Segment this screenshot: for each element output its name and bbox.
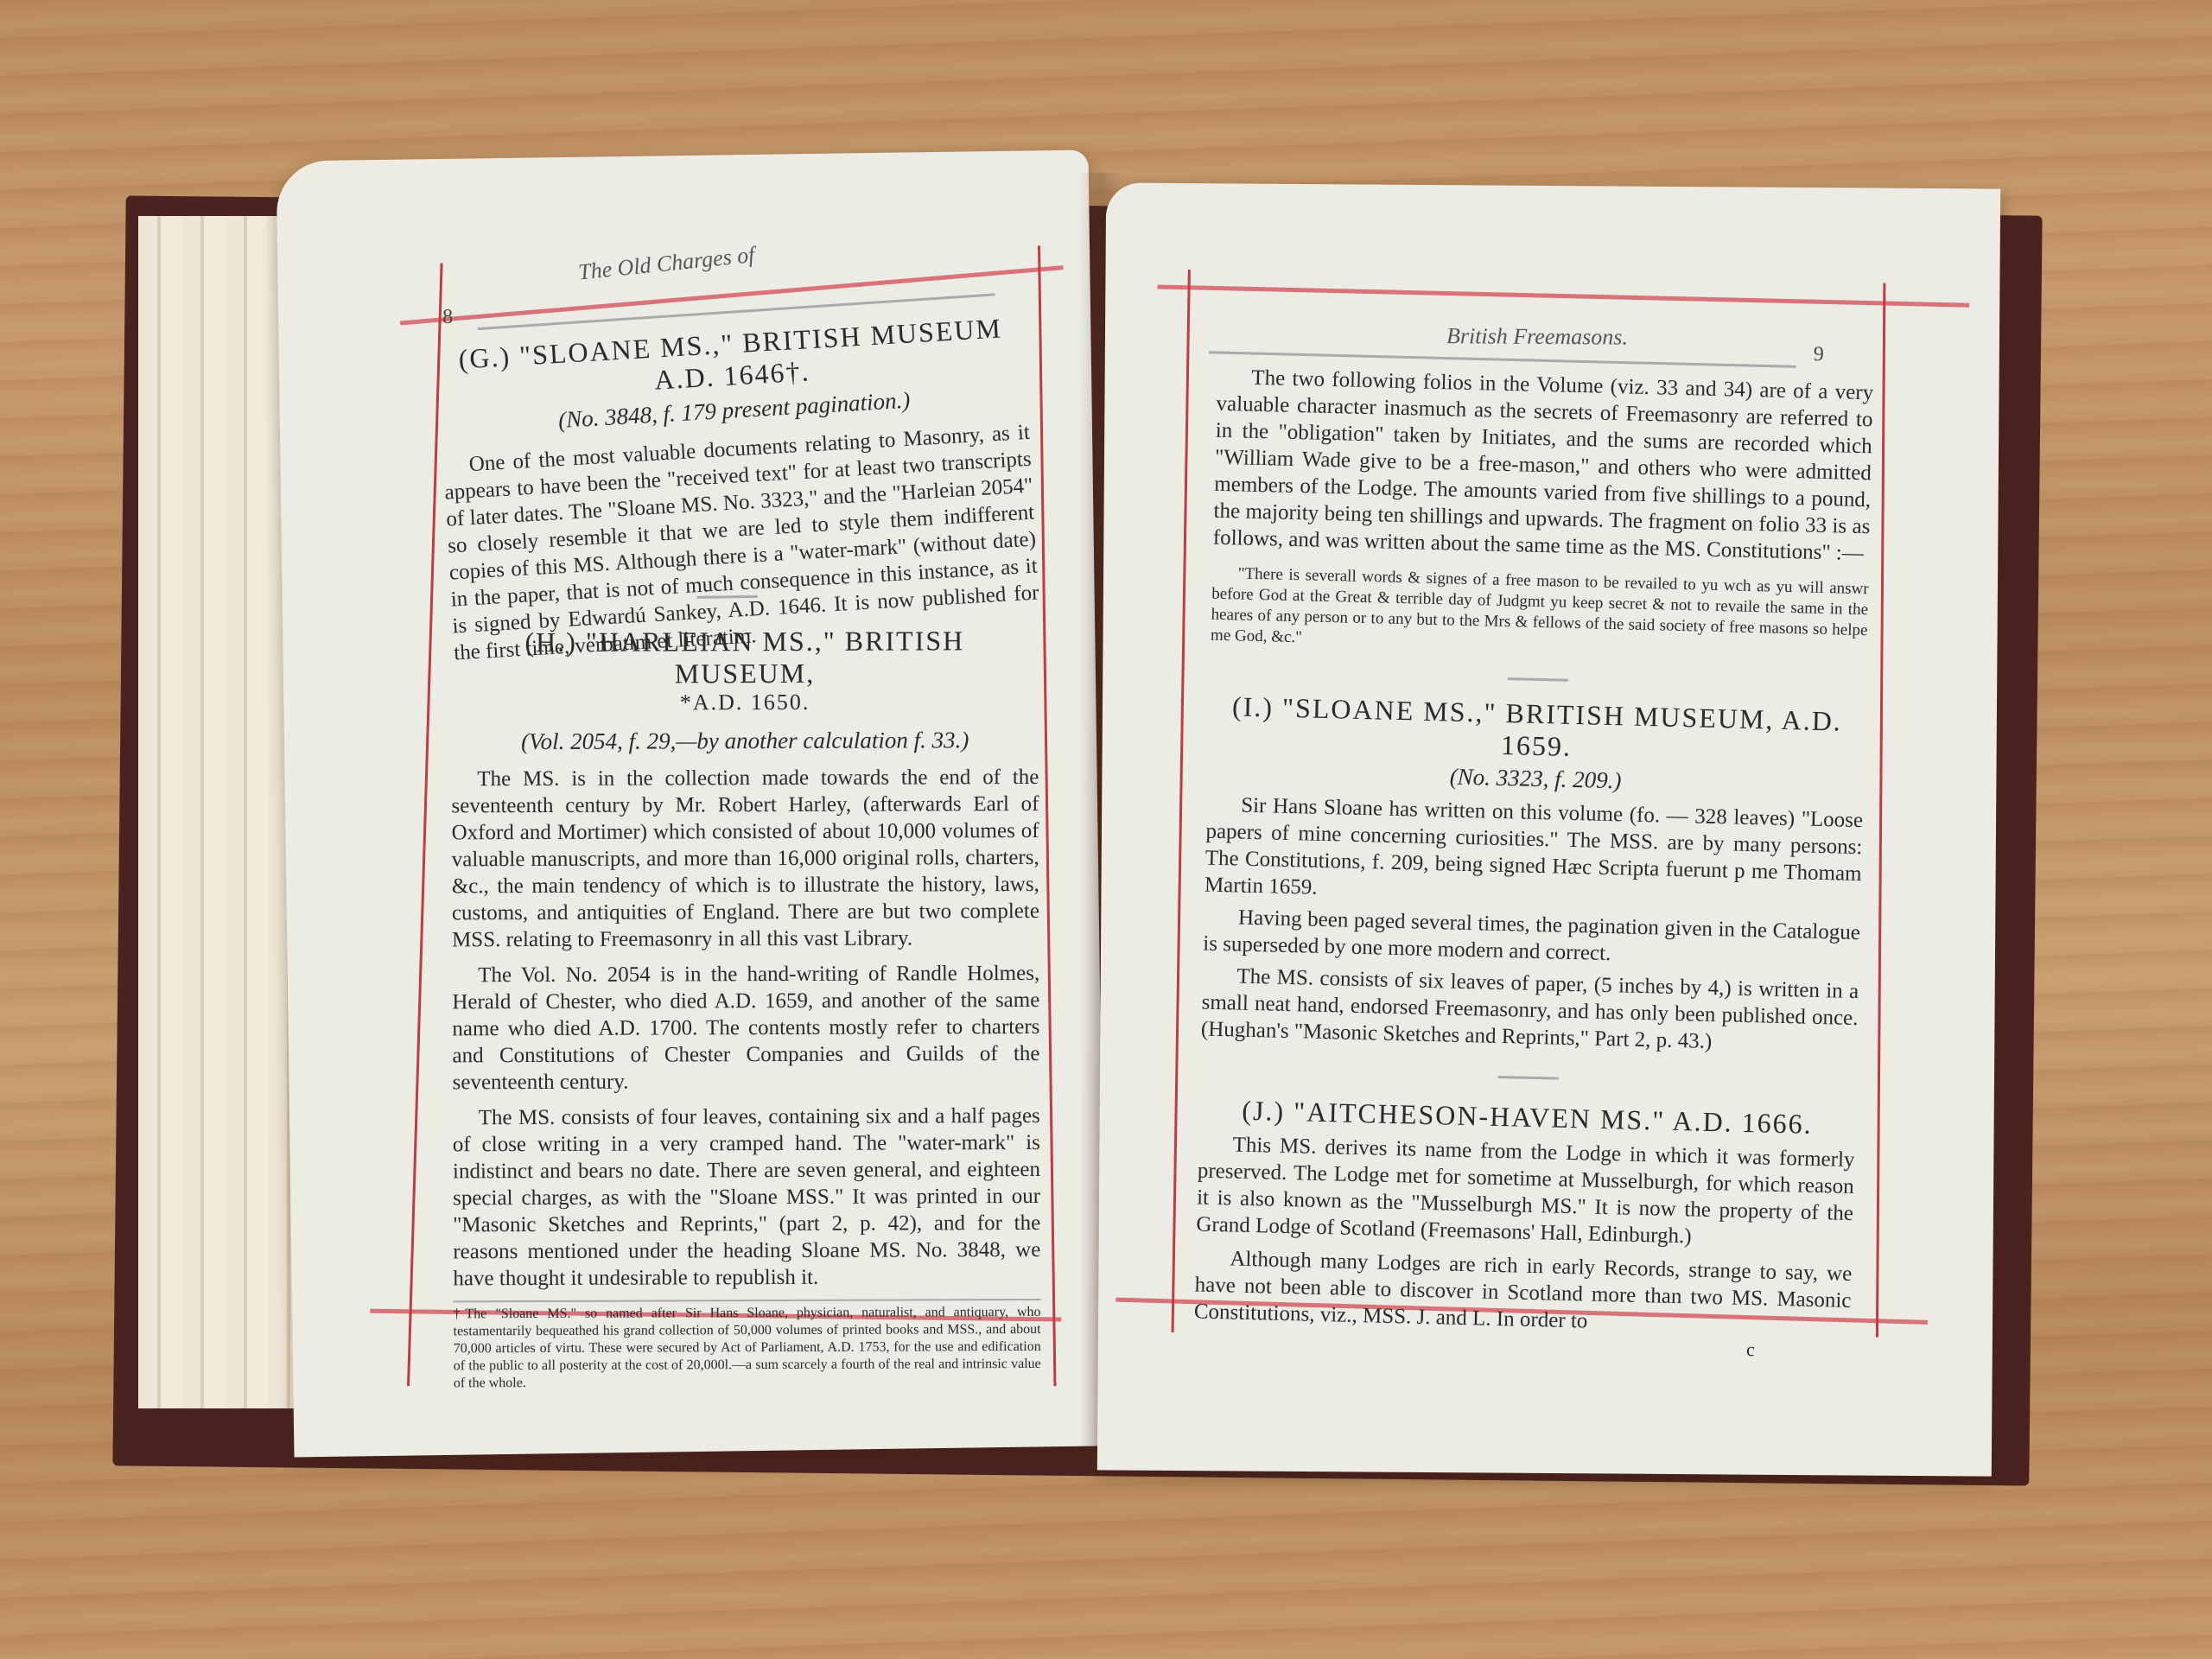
red-rule-left	[407, 264, 443, 1387]
paragraph: Having been paged several times, the pag…	[1203, 904, 1860, 974]
section-divider	[1498, 1076, 1559, 1080]
right-page: British Freemasons. 9 The two following …	[1097, 182, 2000, 1476]
section-h: (H.) "HARLEIAN MS.," BRITISH MUSEUM, *A.…	[451, 625, 1041, 1392]
page-number: 8	[442, 306, 453, 329]
red-rule-right	[1876, 283, 1886, 1338]
section-g: (G.) "SLOANE MS.," BRITISH MUSEUM A.D. 1…	[436, 311, 1041, 667]
red-rule-top	[1157, 284, 1969, 307]
page-number: 9	[1814, 343, 1824, 366]
section-divider	[1508, 677, 1568, 682]
right-content: The two following folios in the Volume (…	[1193, 364, 1874, 1363]
red-rule-right	[1038, 245, 1056, 1386]
paragraph: The two following folios in the Volume (…	[1212, 364, 1873, 568]
signature-mark: c	[1746, 1338, 1851, 1363]
paragraph: The MS. consists of six leaves of paper,…	[1201, 963, 1859, 1059]
paragraph: The MS. is in the collection made toward…	[451, 764, 1039, 953]
quoted-obligation: "There is severall words & signes of a f…	[1211, 563, 1869, 663]
paragraph: Sir Hans Sloane has written on this volu…	[1205, 791, 1864, 915]
paragraph: This MS. derives its name from the Lodge…	[1196, 1130, 1855, 1254]
paragraph: The MS. consists of four leaves, contain…	[453, 1103, 1041, 1292]
section-heading: (I.) "SLOANE MS.," BRITISH MUSEUM, A.D. …	[1208, 690, 1866, 771]
paragraph: Although many Lodges are rich in early R…	[1194, 1244, 1853, 1341]
footnote: †The "Sloane MS." so named after Sir Han…	[454, 1304, 1041, 1392]
footnote-rule	[453, 1299, 1040, 1302]
left-page: The Old Charges of 8 (G.) "SLOANE MS.," …	[276, 150, 1107, 1458]
paragraph: The Vol. No. 2054 is in the hand-writing…	[452, 960, 1040, 1096]
red-rule-left	[1172, 270, 1191, 1332]
section-heading-line2: *A.D. 1650.	[451, 689, 1039, 716]
running-head: The Old Charges of	[537, 238, 797, 289]
running-head: British Freemasons.	[1364, 322, 1710, 351]
section-subheading: (Vol. 2054, f. 29,—by another calculatio…	[451, 727, 1039, 755]
section-heading: (H.) "HARLEIAN MS.," BRITISH MUSEUM,	[451, 625, 1039, 690]
